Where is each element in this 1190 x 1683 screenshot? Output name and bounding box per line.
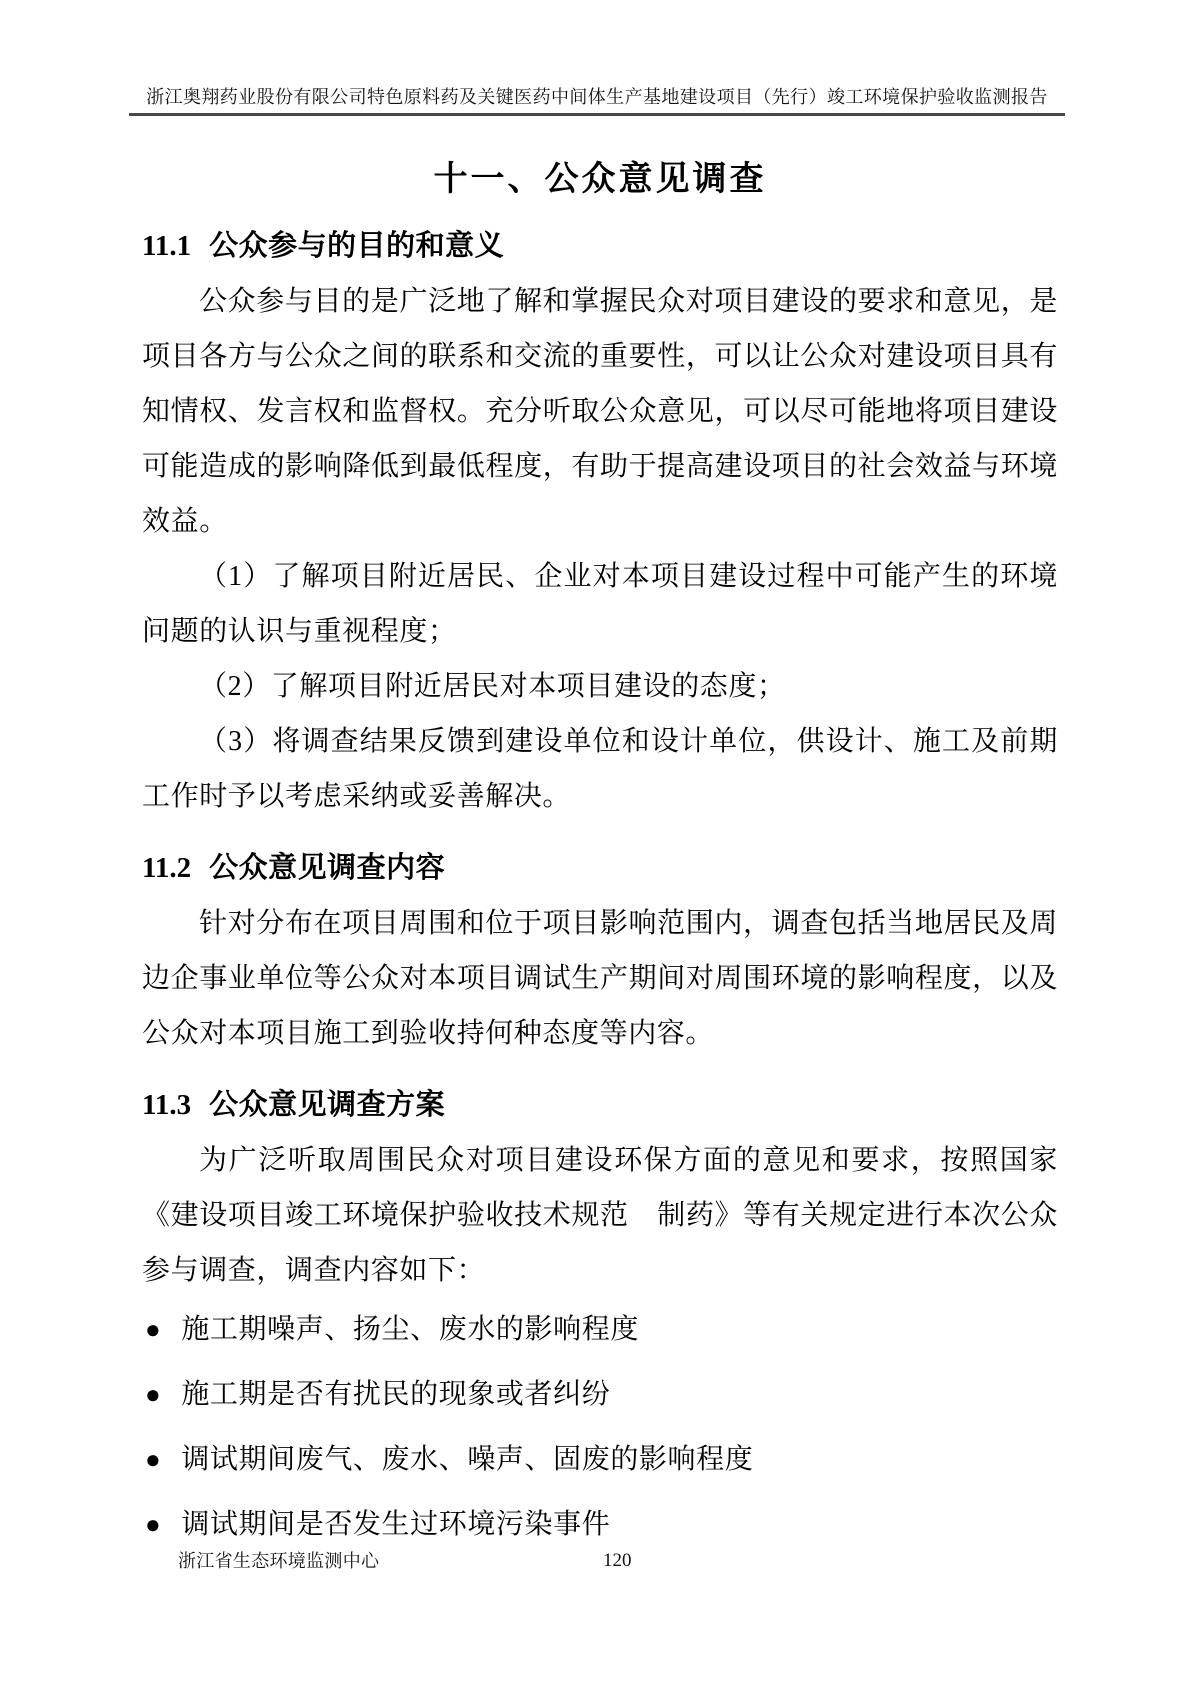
chapter-title: 十一、公众意见调查 (142, 158, 1058, 202)
footer-organization: 浙江省生态环境监测中心 (178, 1549, 379, 1573)
list-item: ● 调试期间废气、废水、噪声、固废的影响程度 (142, 1442, 1058, 1478)
list-item-text: 施工期是否有扰民的现象或者纠纷 (181, 1377, 610, 1413)
section-heading-text: 公众意见调查内容 (209, 852, 445, 884)
list-item: ● 施工期噪声、扬尘、废水的影响程度 (142, 1312, 1058, 1348)
list-item: ● 施工期是否有扰民的现象或者纠纷 (142, 1377, 1058, 1413)
section-heading-text: 公众意见调查方案 (209, 1089, 445, 1121)
section-number: 11.2 (142, 852, 191, 884)
paragraph: 针对分布在项目周围和位于项目影响范围内，调查包括当地居民及周边企事业单位等公众对… (142, 896, 1058, 1061)
section-11-2: 11.2公众意见调查内容 针对分布在项目周围和位于项目影响范围内，调查包括当地居… (142, 850, 1058, 1061)
bullet-icon: ● (145, 1377, 161, 1413)
section-heading: 11.1公众参与的目的和意义 (142, 228, 1058, 264)
paragraph: （1）了解项目附近居民、企业对本项目建设过程中可能产生的环境问题的认识与重视程度… (142, 549, 1058, 659)
section-heading-text: 公众参与的目的和意义 (209, 230, 504, 262)
survey-topics-list: ● 施工期噪声、扬尘、废水的影响程度 ● 施工期是否有扰民的现象或者纠纷 ● 调… (142, 1312, 1058, 1543)
page-footer: 浙江省生态环境监测中心 120 (0, 1549, 1190, 1579)
section-11-1: 11.1公众参与的目的和意义 公众参与目的是广泛地了解和掌握民众对项目建设的要求… (142, 228, 1058, 824)
list-item-text: 施工期噪声、扬尘、废水的影响程度 (181, 1312, 639, 1348)
section-11-3: 11.3公众意见调查方案 为广泛听取周围民众对项目建设环保方面的意见和要求，按照… (142, 1087, 1058, 1543)
paragraph: （2）了解项目附近居民对本项目建设的态度； (142, 659, 1058, 714)
document-body: 十一、公众意见调查 11.1公众参与的目的和意义 公众参与目的是广泛地了解和掌握… (142, 115, 1058, 1572)
list-item-text: 调试期间废气、废水、噪声、固废的影响程度 (181, 1442, 753, 1478)
paragraph: （3）将调查结果反馈到建设单位和设计单位，供设计、施工及前期工作时予以考虑采纳或… (142, 714, 1058, 824)
list-item: ● 调试期间是否发生过环境污染事件 (142, 1507, 1058, 1543)
section-number: 11.3 (142, 1089, 191, 1121)
section-number: 11.1 (142, 230, 191, 262)
bullet-icon: ● (145, 1442, 161, 1478)
page-number: 120 (603, 1549, 632, 1573)
document-page: 浙江奥翔药业股份有限公司特色原料药及关键医药中间体生产基地建设项目（先行）竣工环… (0, 0, 1190, 1683)
paragraph: 为广泛听取周围民众对项目建设环保方面的意见和要求，按照国家《建设项目竣工环境保护… (142, 1133, 1058, 1298)
paragraph: 公众参与目的是广泛地了解和掌握民众对项目建设的要求和意见，是项目各方与公众之间的… (142, 274, 1058, 549)
bullet-icon: ● (145, 1312, 161, 1348)
section-heading: 11.2公众意见调查内容 (142, 850, 1058, 886)
running-header: 浙江奥翔药业股份有限公司特色原料药及关键医药中间体生产基地建设项目（先行）竣工环… (129, 0, 1065, 116)
running-header-text: 浙江奥翔药业股份有限公司特色原料药及关键医药中间体生产基地建设项目（先行）竣工环… (146, 87, 1048, 107)
section-heading: 11.3公众意见调查方案 (142, 1087, 1058, 1123)
list-item-text: 调试期间是否发生过环境污染事件 (181, 1507, 610, 1543)
bullet-icon: ● (145, 1507, 161, 1543)
